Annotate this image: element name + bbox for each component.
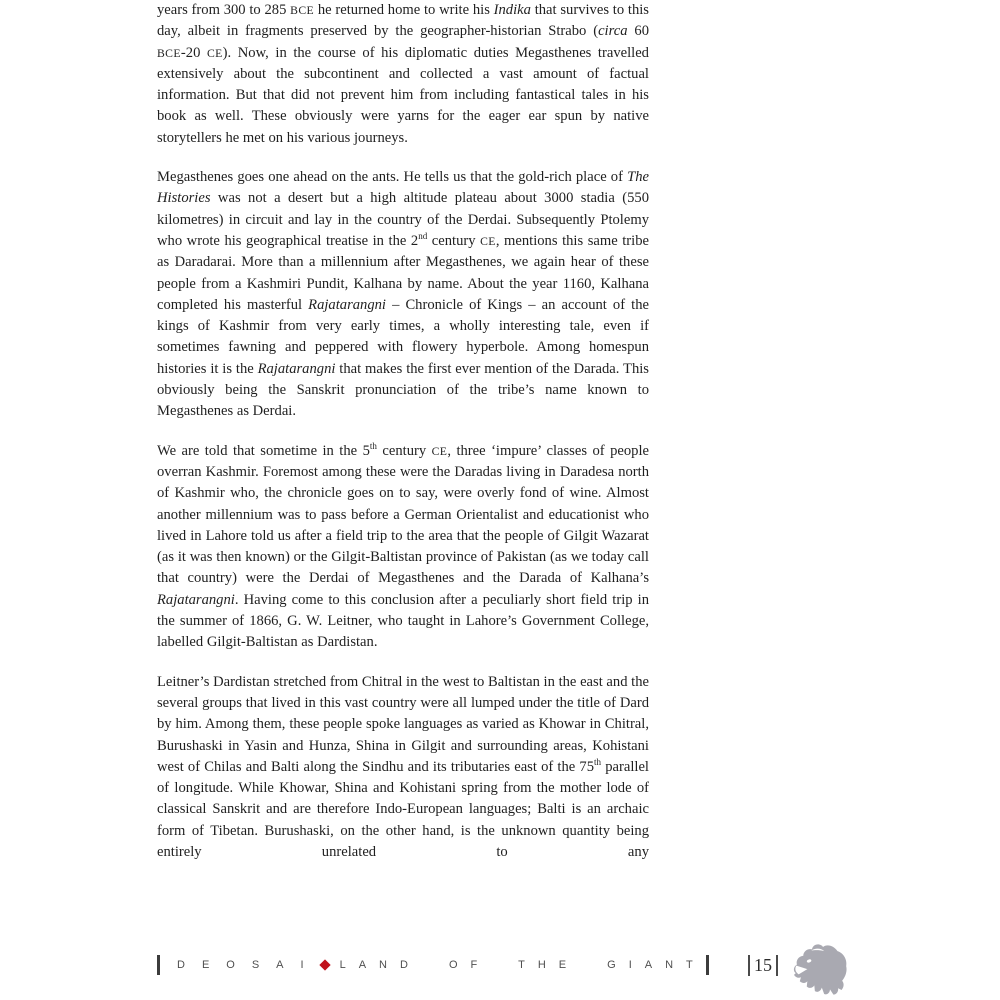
footer-book-subtitle: LAND OF THE GIANT (340, 959, 706, 971)
book-page: years from 300 to 285 BCE he returned ho… (0, 0, 1000, 1000)
paragraph: Leitner’s Dardistan stretched from Chitr… (157, 672, 649, 864)
page-number-rule-right (776, 955, 778, 976)
red-diamond-icon (319, 959, 330, 970)
bear-head-logo (791, 943, 855, 1000)
footer-rule-right (706, 955, 709, 975)
bear-icon (791, 943, 855, 1000)
footer-rule-left (157, 955, 160, 975)
text-block: years from 300 to 285 BCE he returned ho… (157, 0, 649, 881)
footer-book-title: DEOSAI (177, 959, 321, 971)
paragraph: Megasthenes goes one ahead on the ants. … (157, 167, 649, 423)
page-number: 15 (748, 953, 778, 977)
footer-title: DEOSAI LAND OF THE GIANT (157, 954, 648, 976)
page-number-value: 15 (754, 955, 772, 976)
paragraph: years from 300 to 285 BCE he returned ho… (157, 0, 649, 149)
page-number-rule-left (748, 955, 750, 976)
paragraph: We are told that sometime in the 5th cen… (157, 441, 649, 654)
